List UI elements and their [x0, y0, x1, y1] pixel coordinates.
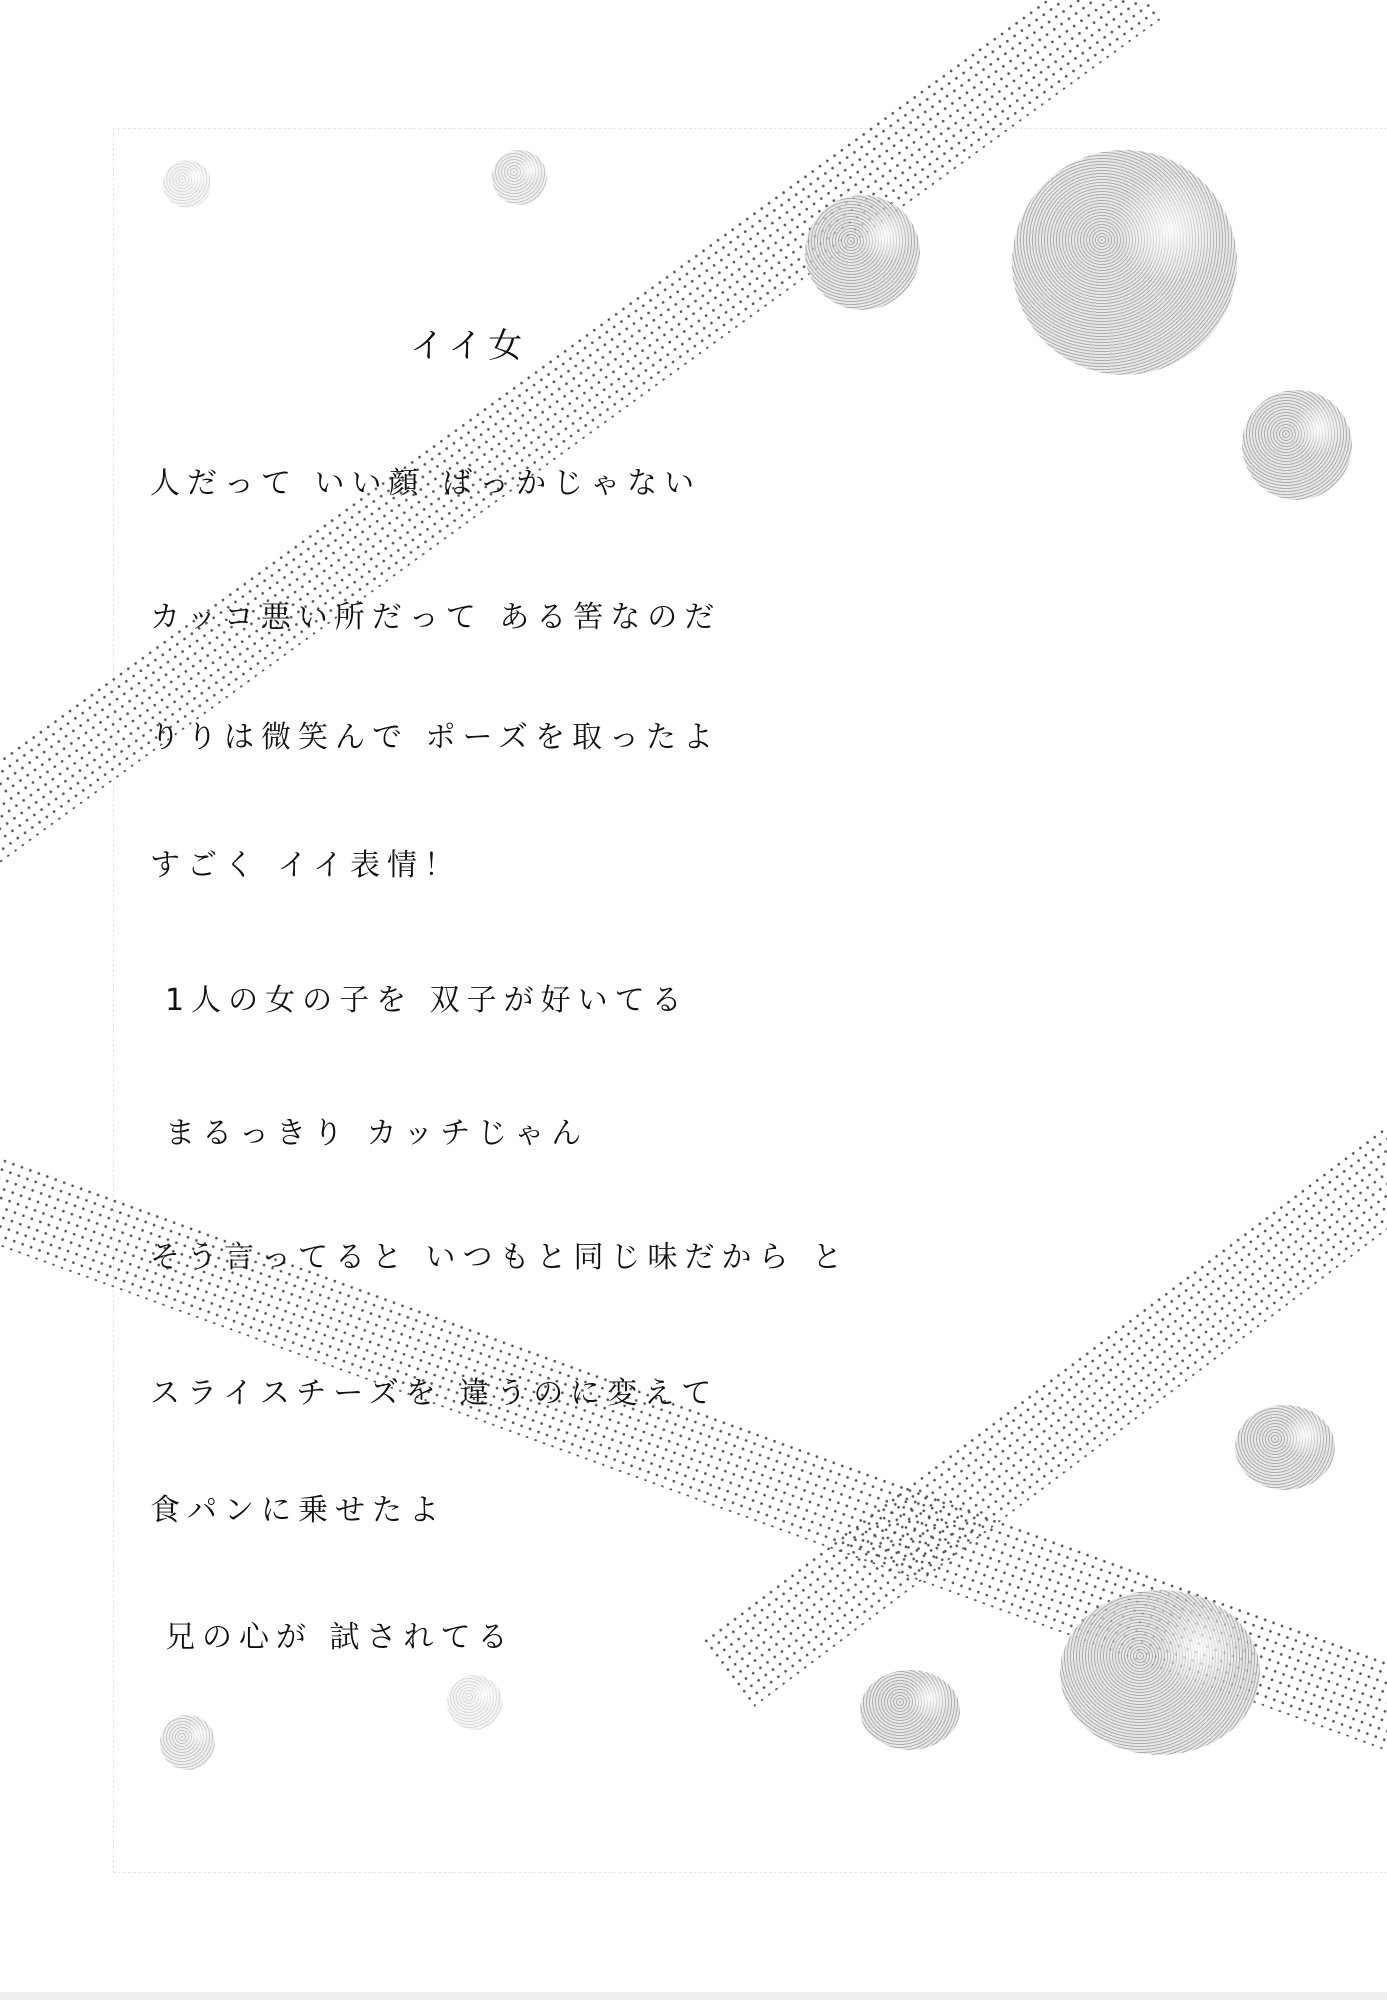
bubble-decoration	[492, 150, 547, 205]
poem-line: りりは微笑んで ポーズを取ったよ	[150, 712, 720, 756]
scan-edge	[0, 1992, 1387, 2000]
poem-line: すごく イイ表情！	[150, 840, 461, 884]
bubble-decoration	[1012, 150, 1237, 375]
bubble-decoration	[163, 160, 211, 208]
poem-line: 1人の女の子を 双子が好いてる	[165, 975, 689, 1019]
poem-line: スライスチーズを 違うのに変えて	[150, 1368, 718, 1412]
poem-line: 食パンに乗せたよ	[150, 1485, 446, 1529]
bubble-decoration	[160, 1715, 215, 1770]
bubble-decoration	[447, 1675, 502, 1730]
poem-line: 兄の心が 試されてる	[165, 1612, 515, 1656]
poem-title: イイ女	[410, 318, 528, 367]
bubble-decoration	[1242, 390, 1352, 500]
poem-line: 人だって いい顔 ばっかじゃない	[150, 458, 701, 502]
bubble-decoration	[860, 1670, 960, 1750]
bubble-decoration	[805, 195, 920, 310]
bubble-decoration	[1060, 1590, 1260, 1755]
bubble-decoration	[1235, 1405, 1335, 1490]
poem-line: そう言ってると いつもと同じ味だから と	[150, 1232, 849, 1276]
poem-line: まるっきり カッチじゃん	[165, 1108, 588, 1152]
poem-line: カッコ悪い所だって ある筈なのだ	[150, 592, 721, 636]
